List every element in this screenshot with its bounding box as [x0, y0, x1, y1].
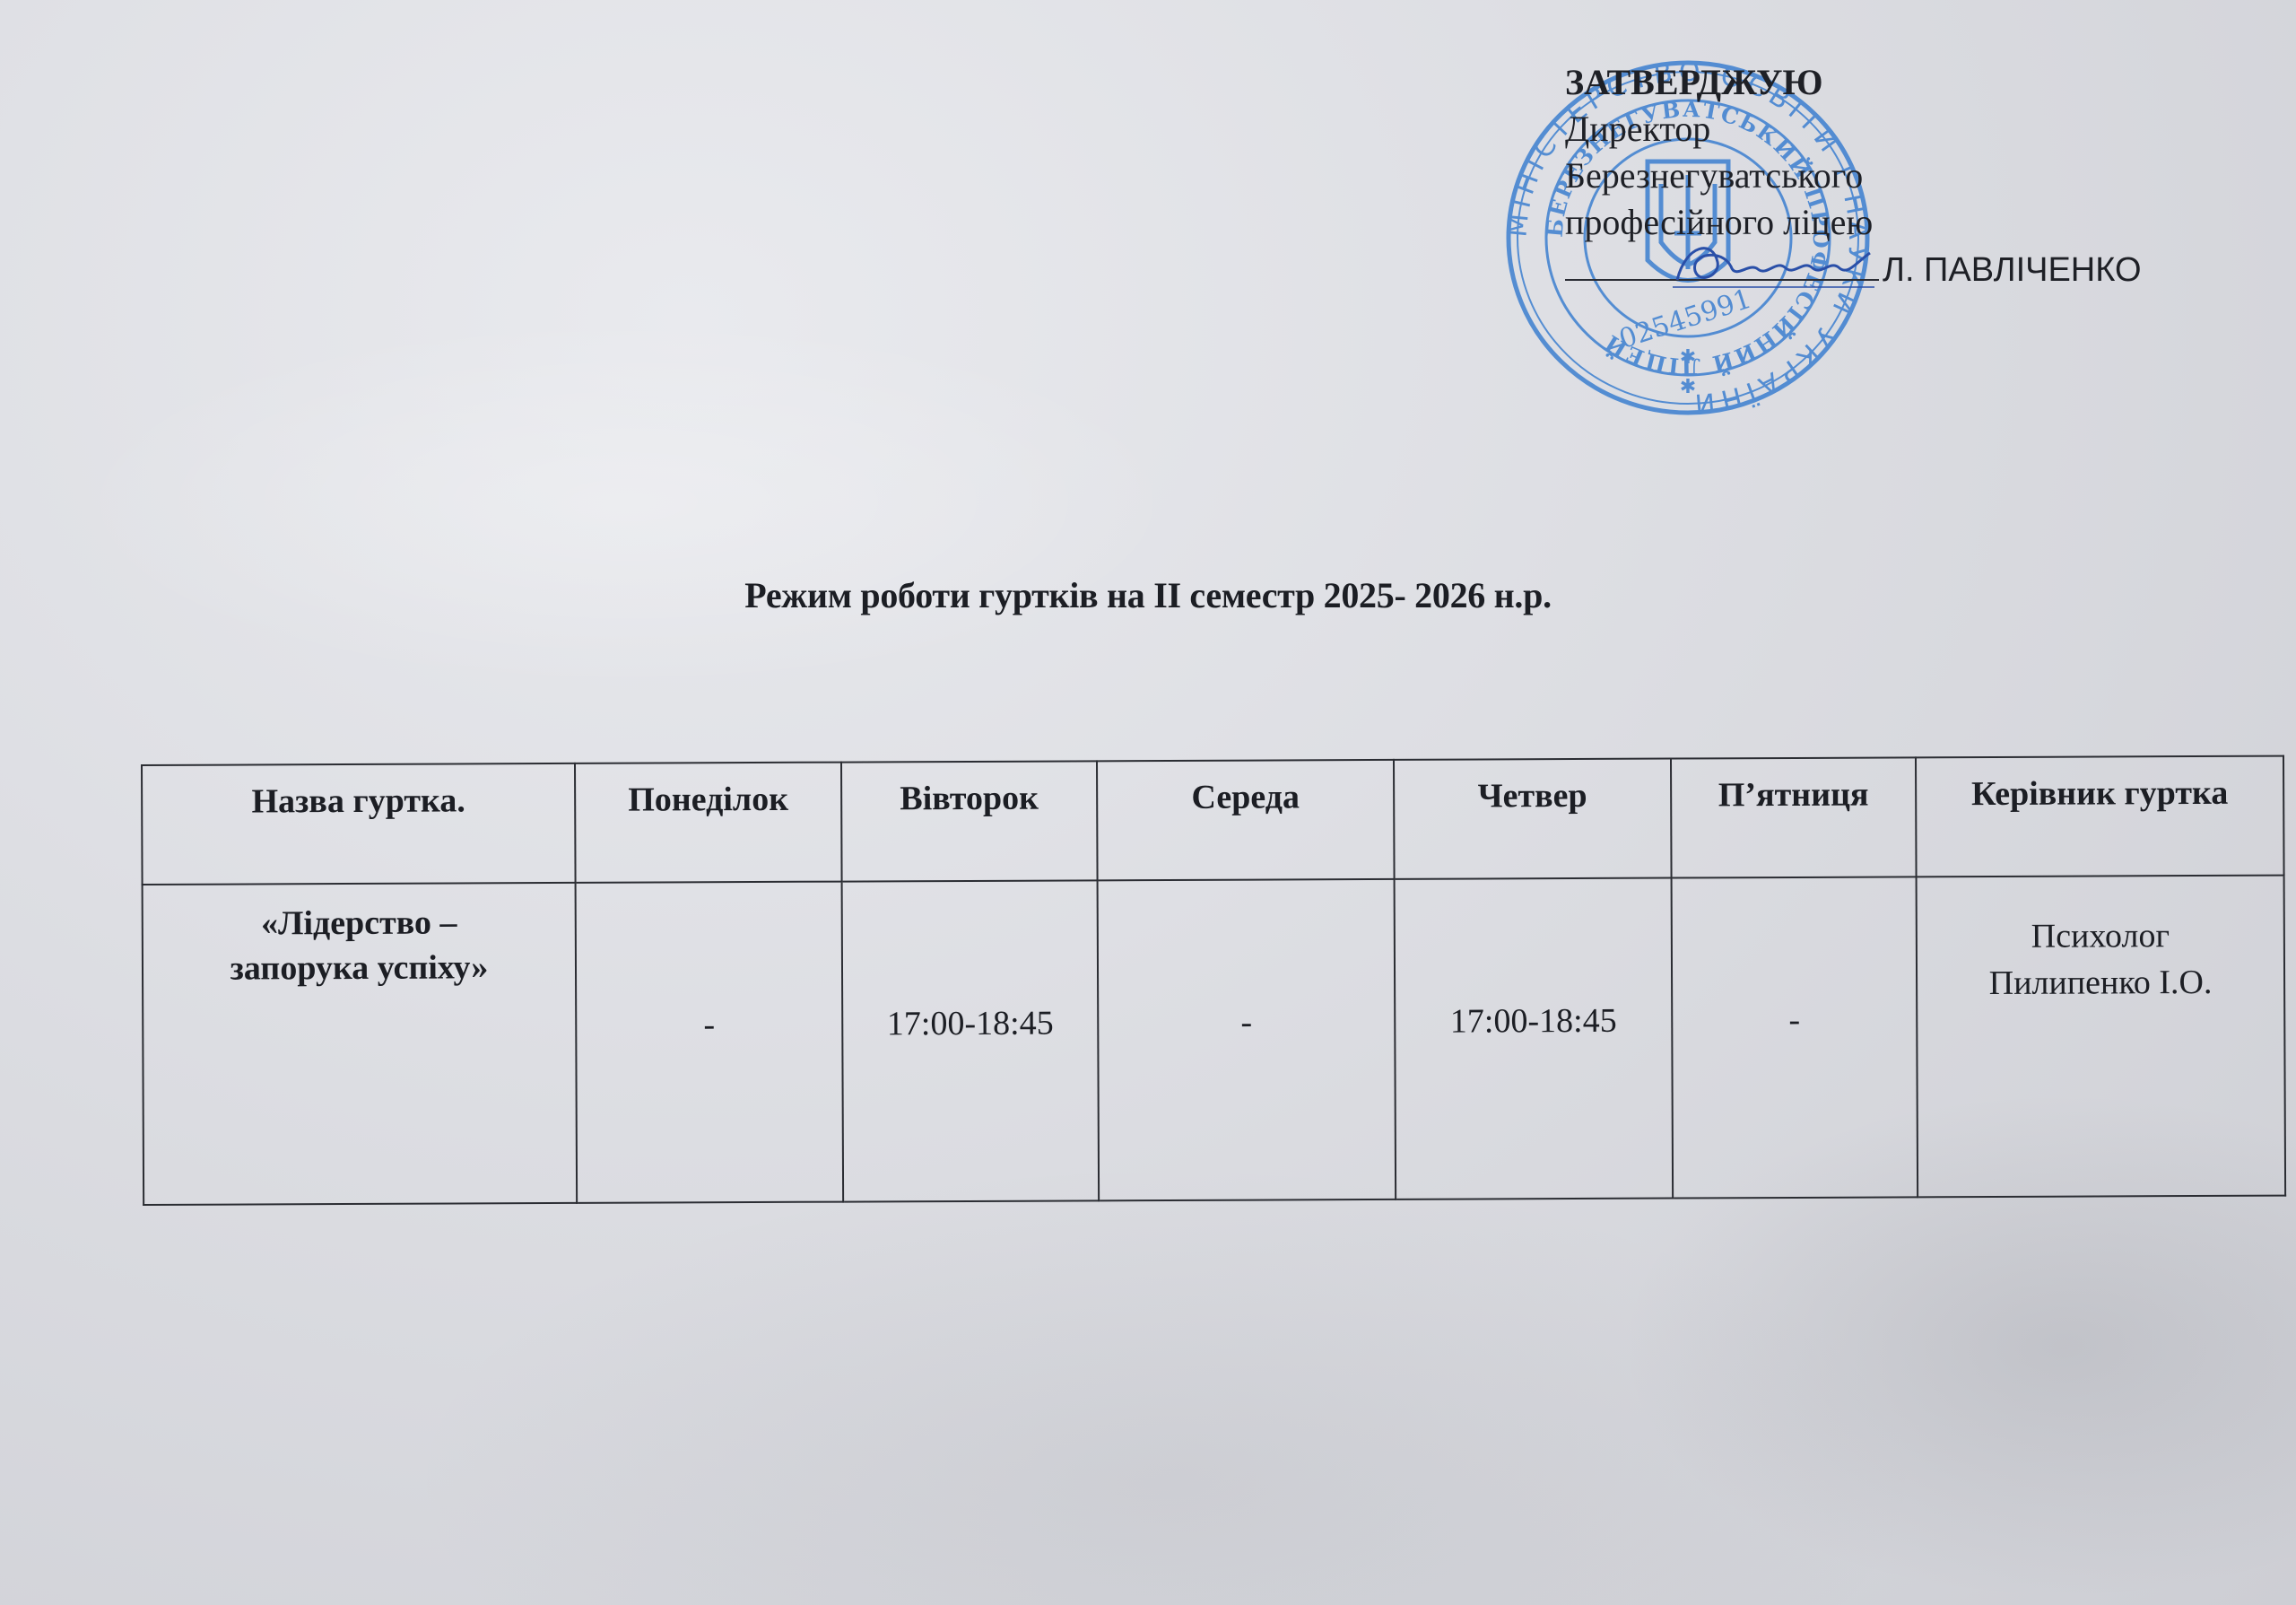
table-header-row: Назва гуртка. Понеділок Вівторок Середа … — [142, 756, 2284, 885]
leader-line2: Пилипенко І.О. — [1918, 959, 2283, 1007]
leader-line1: Психолог — [1918, 912, 2283, 961]
header-thursday: Четвер — [1394, 759, 1672, 879]
cell-monday: - — [576, 882, 844, 1203]
document-title: Режим роботи гуртків на ІІ семестр 2025-… — [0, 574, 2296, 616]
header-club-name: Назва гуртка. — [142, 763, 576, 885]
stamp-star-icon: ✱ — [1680, 345, 1696, 368]
header-wednesday: Середа — [1097, 760, 1395, 880]
cell-tuesday: 17:00-18:45 — [842, 880, 1100, 1201]
cell-thursday: 17:00-18:45 — [1395, 878, 1674, 1199]
approval-position-line2: Березнегуватського — [1565, 153, 2142, 199]
table-row: «Лідерство – запорука успіху» - 17:00-18… — [143, 876, 2286, 1205]
header-friday: П’ятниця — [1671, 757, 1917, 877]
cell-leader: Психолог Пилипенко І.О. — [1917, 876, 2286, 1198]
cell-wednesday: - — [1098, 879, 1396, 1200]
director-name: Л. ПАВЛІЧЕНКО — [1883, 251, 2142, 289]
stamp-star-icon: ✱ — [1680, 375, 1696, 397]
header-leader: Керівник гуртка — [1916, 756, 2284, 877]
cell-friday: - — [1672, 877, 1918, 1198]
schedule-table: Назва гуртка. Понеділок Вівторок Середа … — [141, 755, 2286, 1206]
club-name-line2: запорука успіху» — [143, 945, 575, 991]
signature — [1668, 235, 1883, 298]
approval-position-line1: Директор — [1565, 106, 2142, 153]
club-name-line1: «Лідерство – — [143, 900, 575, 946]
cell-club-name: «Лідерство – запорука успіху» — [143, 883, 578, 1205]
header-tuesday: Вівторок — [841, 761, 1098, 881]
approval-heading: ЗАТВЕРДЖУЮ — [1565, 59, 2142, 106]
header-monday: Понеділок — [575, 763, 842, 883]
